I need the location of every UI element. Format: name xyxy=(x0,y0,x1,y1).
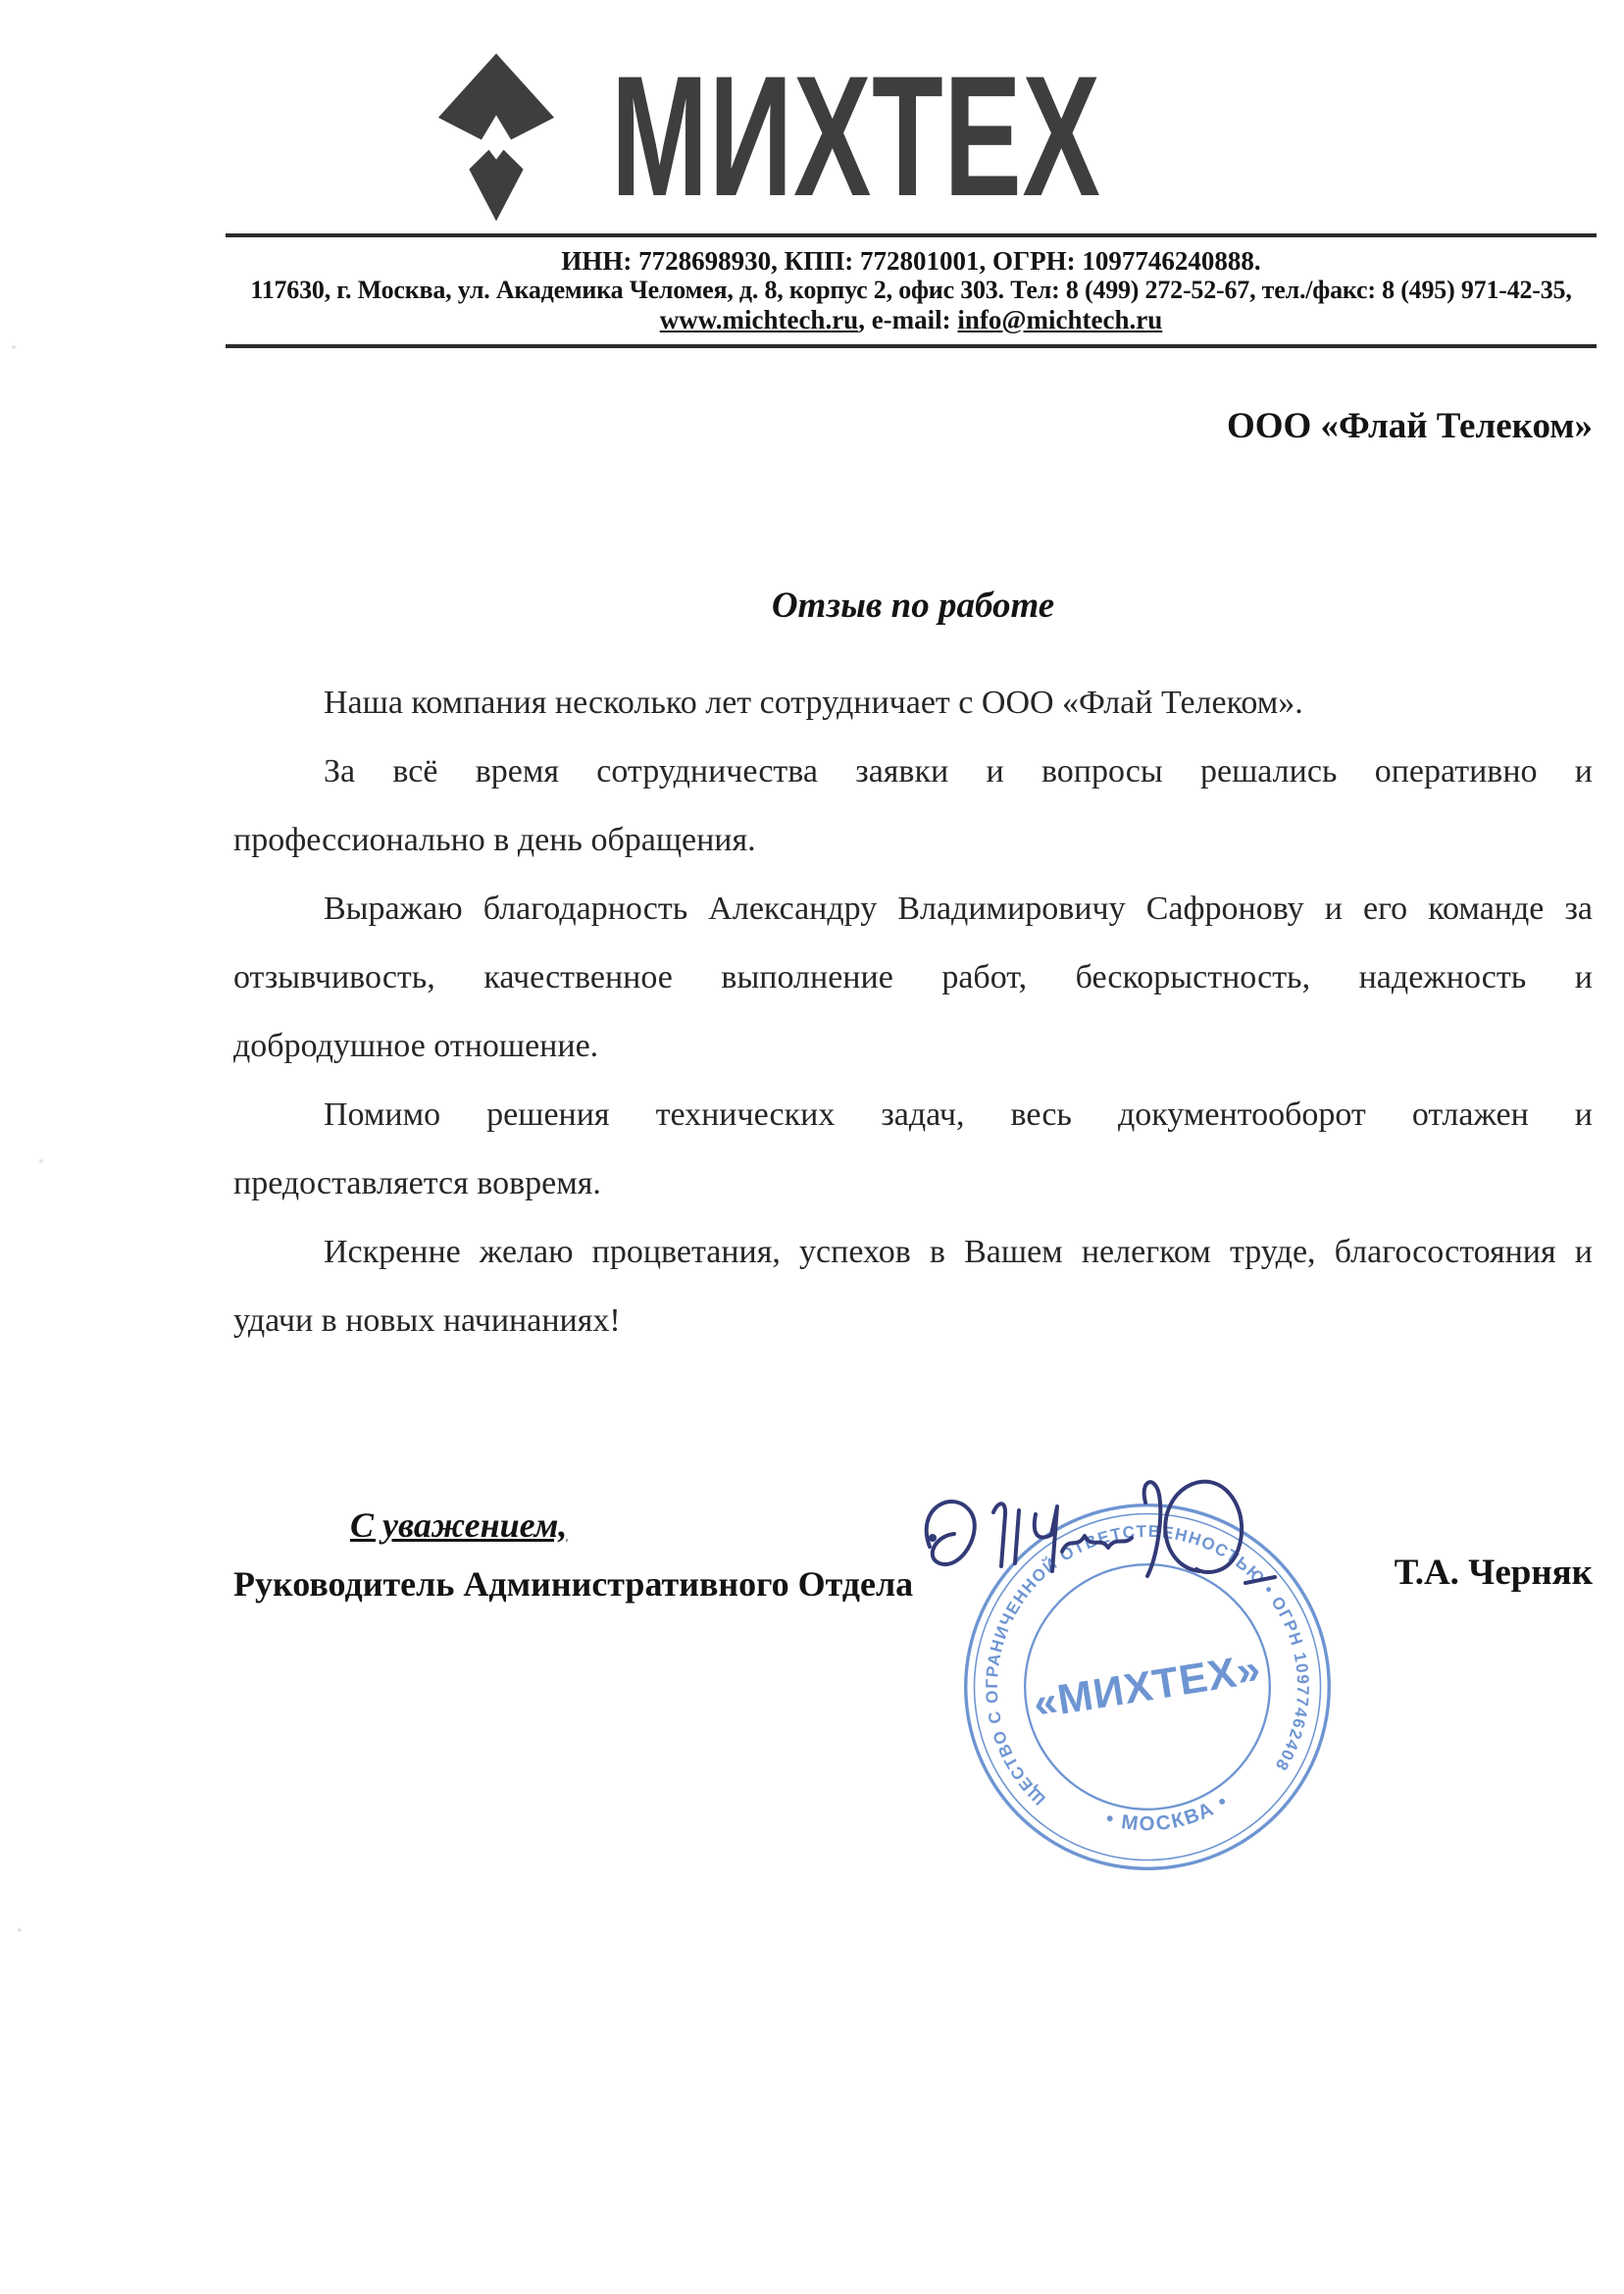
handwritten-signature xyxy=(900,1473,1312,1640)
addressee: ООО «Флай Телеком» xyxy=(1227,405,1593,447)
svg-text:• МОСКВА •: • МОСКВА • xyxy=(1100,1788,1236,1844)
scanned-letter-page: МИХТЕХ ИНН: 7728698930, КПП: 772801001, … xyxy=(0,0,1624,2294)
company-web-line: www.michtech.ru, e-mail: info@michtech.r… xyxy=(226,305,1597,334)
signer-name: Т.А. Черняк xyxy=(1395,1552,1593,1594)
body-line: удачи в новых начинаниях! xyxy=(233,1287,1593,1355)
body-line: предоставляется вовремя. xyxy=(233,1149,1593,1218)
document-title: Отзыв по работе xyxy=(233,585,1593,627)
closing-regards: С уважением, xyxy=(350,1504,567,1546)
body-line: профессионально в день обращения. xyxy=(233,806,1593,875)
email-link: info@michtech.ru xyxy=(957,305,1162,334)
scan-speck xyxy=(39,1159,43,1163)
scan-speck xyxy=(12,345,16,349)
body-line: Наша компания несколько лет сотрудничает… xyxy=(233,669,1593,738)
body-line: отзывчивость, качественное выполнение ра… xyxy=(233,943,1593,1012)
stamp-center-text: «МИХТЕХ» xyxy=(1031,1646,1265,1728)
company-address-line: 117630, г. Москва, ул. Академика Челомея… xyxy=(226,276,1597,305)
brand-name: МИХТЕХ xyxy=(611,51,1101,224)
company-logo: МИХТЕХ xyxy=(0,51,1624,224)
stamp-city-text: • МОСКВА • xyxy=(1100,1788,1236,1844)
letterhead-contact-block: ИНН: 7728698930, КПП: 772801001, ОГРН: 1… xyxy=(226,233,1597,348)
signer-position: Руководитель Административного Отдела xyxy=(233,1563,913,1605)
body-line: За всё время сотрудничества заявки и воп… xyxy=(233,738,1593,806)
body-line: Искренне желаю процветания, успехов в Ва… xyxy=(233,1218,1593,1287)
letter-body: Наша компания несколько лет сотрудничает… xyxy=(233,669,1593,1355)
body-line: Выражаю благодарность Александру Владими… xyxy=(233,875,1593,943)
body-line: добродушное отношение. xyxy=(233,1012,1593,1081)
body-line: Помимо решения технических задач, весь д… xyxy=(233,1081,1593,1149)
scan-speck xyxy=(18,1928,22,1932)
company-ids-line: ИНН: 7728698930, КПП: 772801001, ОГРН: 1… xyxy=(226,246,1597,276)
email-separator: , e-mail: xyxy=(858,305,957,334)
michtech-logo-icon xyxy=(405,51,587,224)
website-link: www.michtech.ru xyxy=(660,305,858,334)
